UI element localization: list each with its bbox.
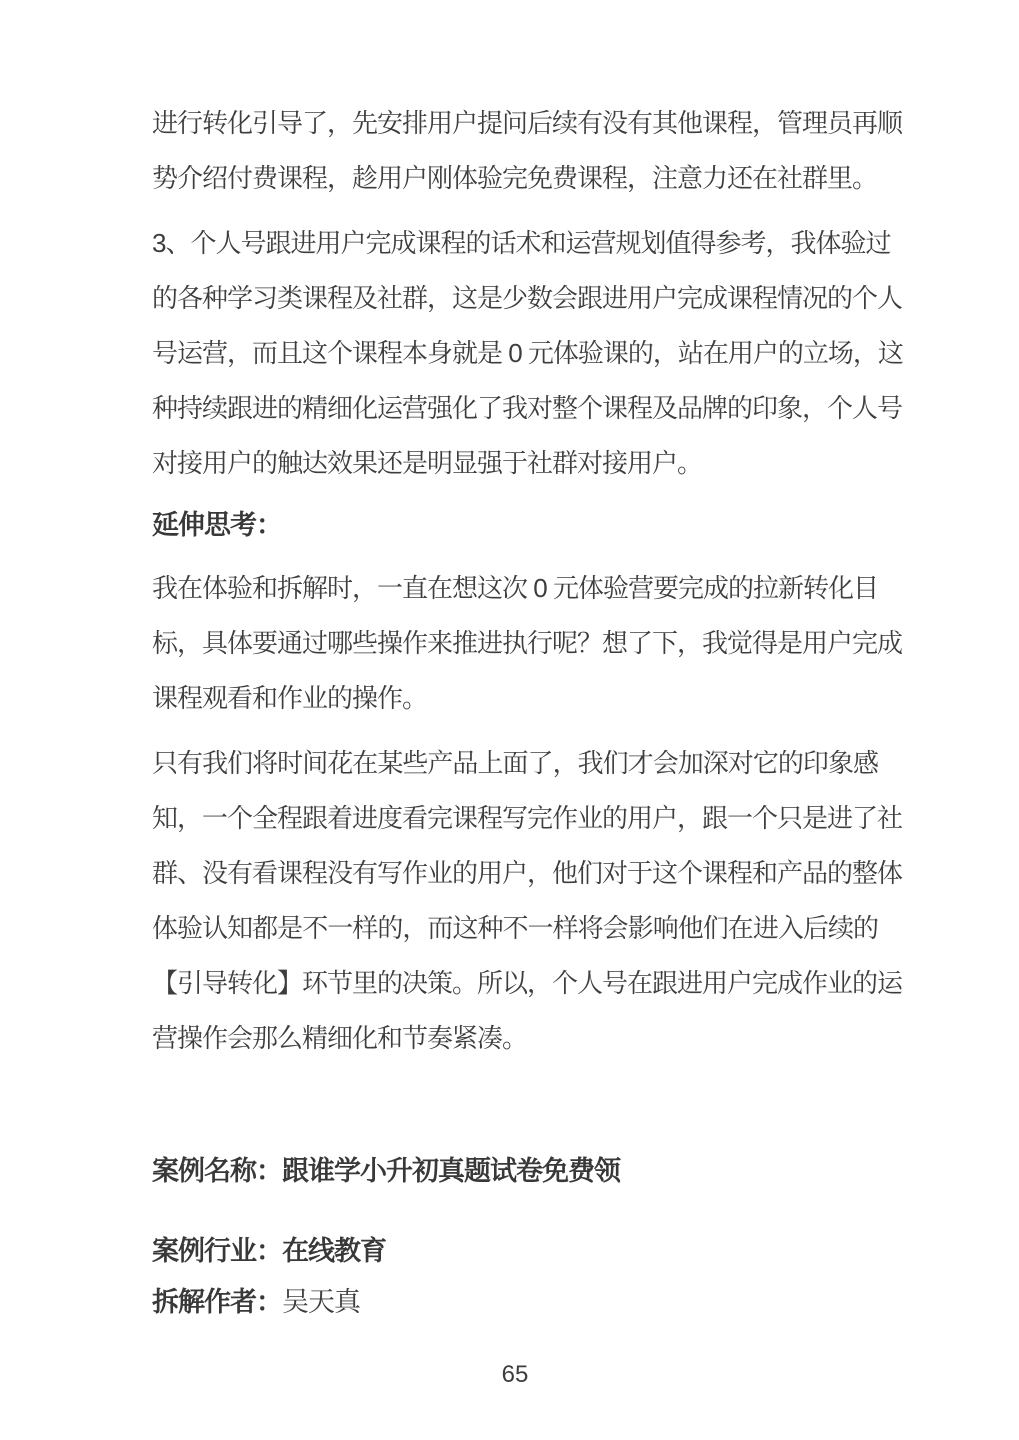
text-line: 课程观看和作业的操作。: [152, 671, 878, 726]
text-line: 只有我们将时间花在某些产品上面了，我们才会加深对它的印象感: [152, 736, 878, 791]
text-line: 势介绍付费课程，趁用户刚体验完免费课程，注意力还在社群里。: [152, 151, 878, 206]
text-line: 进行转化引导了，先安排用户提问后续有没有其他课程，管理员再顺: [152, 96, 878, 151]
page-number: 65: [152, 1360, 878, 1390]
text-line: 种持续跟进的精细化运营强化了我对整个课程及品牌的印象，个人号: [152, 381, 878, 436]
text-line: 3、个人号跟进用户完成课程的话术和运营规划值得参考，我体验过: [152, 216, 878, 271]
section-heading-extended-thinking: 延伸思考：: [152, 501, 878, 549]
paragraph-point-3: 3、个人号跟进用户完成课程的话术和运营规划值得参考，我体验过 的各种学习类课程及…: [152, 216, 878, 491]
text-line: 体验认知都是不一样的，而这种不一样将会影响他们在进入后续的: [152, 901, 878, 956]
case-author-label: 拆解作者：: [152, 1287, 282, 1317]
text-line: 的各种学习类课程及社群，这是少数会跟进用户完成课程情况的个人: [152, 271, 878, 326]
case-author-value: 吴天真: [282, 1287, 360, 1317]
case-industry-label: 案例行业：: [152, 1236, 282, 1266]
text-line: 号运营，而且这个课程本身就是 0 元体验课的，站在用户的立场，这: [152, 326, 878, 381]
case-industry-line: 案例行业：在线教育: [152, 1226, 878, 1277]
case-name-value: 跟谁学小升初真题试卷免费领: [282, 1156, 620, 1186]
document-page: 进行转化引导了，先安排用户提问后续有没有其他课程，管理员再顺 势介绍付费课程，趁…: [0, 0, 1019, 1440]
case-author-line: 拆解作者：吴天真: [152, 1277, 878, 1328]
text-line: 营操作会那么精细化和节奏紧凑。: [152, 1011, 878, 1066]
text-line: 【引导转化】环节里的决策。所以，个人号在跟进用户完成作业的运: [152, 956, 878, 1011]
text-line: 群、没有看课程没有写作业的用户，他们对于这个课程和产品的整体: [152, 846, 878, 901]
case-name-label: 案例名称：: [152, 1156, 282, 1186]
text-line: 我在体验和拆解时，一直在想这次 0 元体验营要完成的拉新转化目: [152, 561, 878, 616]
text-line: 标，具体要通过哪些操作来推进执行呢？想了下，我觉得是用户完成: [152, 616, 878, 671]
case-industry-value: 在线教育: [282, 1236, 386, 1266]
paragraph-thinking-goal: 我在体验和拆解时，一直在想这次 0 元体验营要完成的拉新转化目 标，具体要通过哪…: [152, 561, 878, 726]
paragraph-conversion-guidance: 进行转化引导了，先安排用户提问后续有没有其他课程，管理员再顺 势介绍付费课程，趁…: [152, 96, 878, 206]
text-line: 对接用户的触达效果还是明显强于社群对接用户。: [152, 436, 878, 491]
text-line: 知，一个全程跟着进度看完课程写完作业的用户，跟一个只是进了社: [152, 791, 878, 846]
case-name-line: 案例名称：跟谁学小升初真题试卷免费领: [152, 1144, 878, 1199]
paragraph-user-impression: 只有我们将时间花在某些产品上面了，我们才会加深对它的印象感 知，一个全程跟着进度…: [152, 736, 878, 1066]
